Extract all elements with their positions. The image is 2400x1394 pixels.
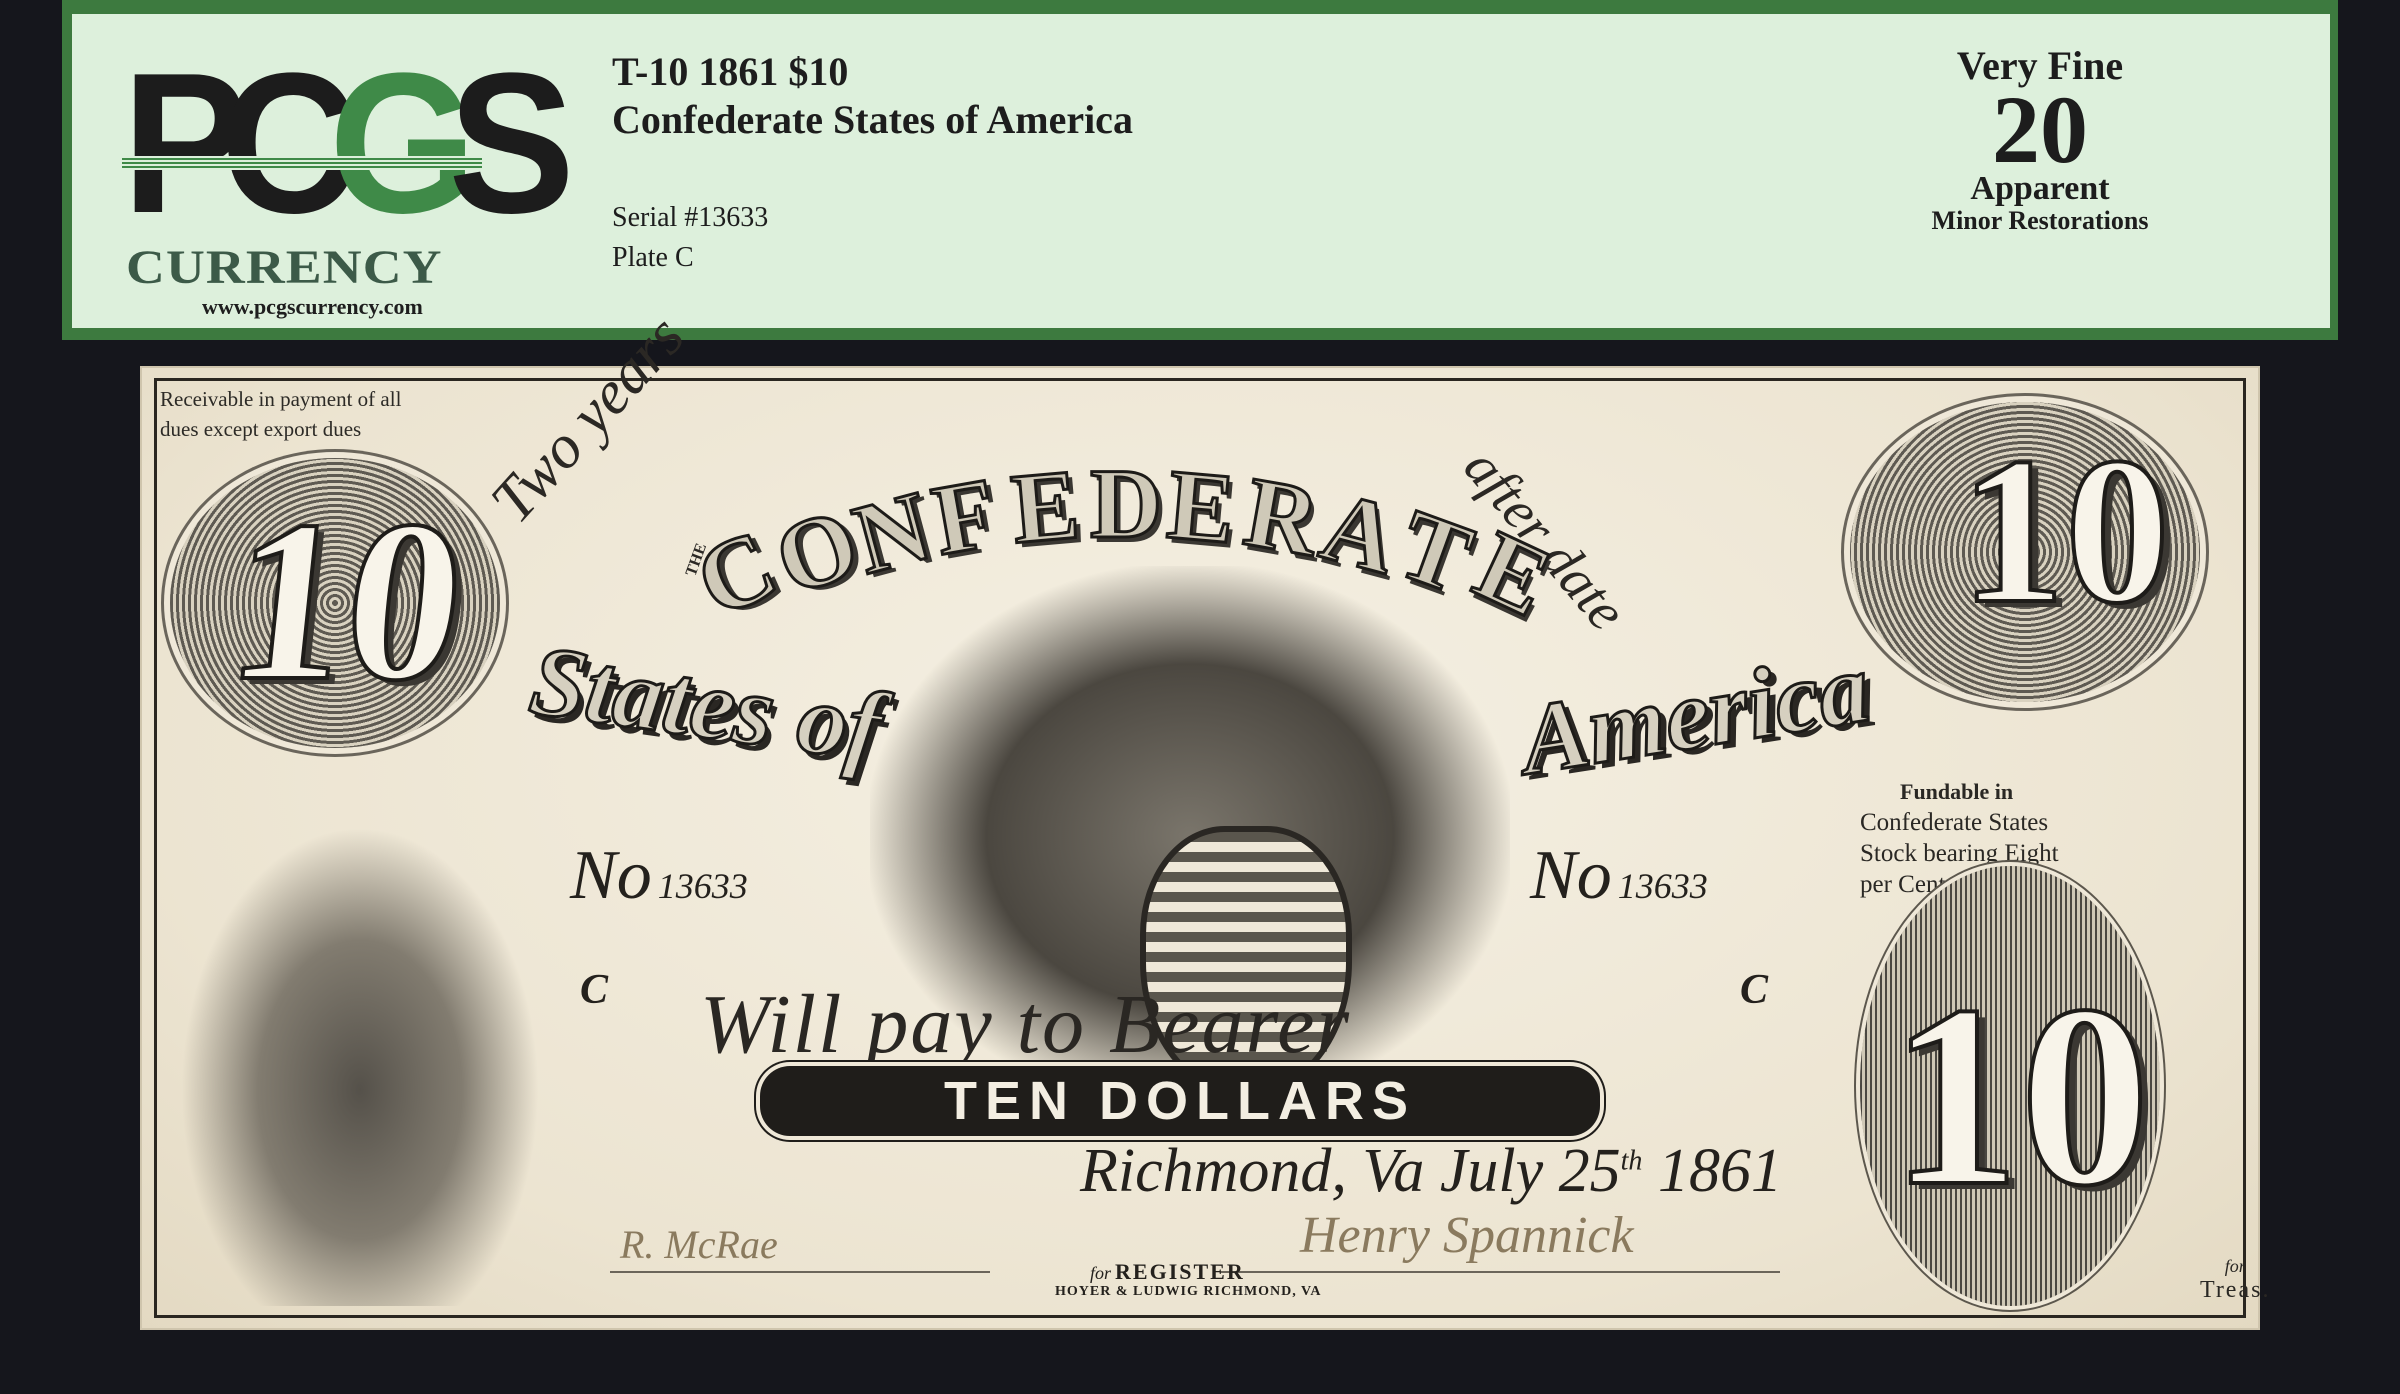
note-info: T-10 1861 $10 Confederate States of Amer… (612, 48, 1133, 278)
will-pay-to-bearer: Will pay to Bearer (700, 976, 1351, 1073)
grade-number: 20 (1890, 88, 2190, 172)
label-panel: PCGS CURRENCY www.pcgscurrency.com T-10 … (72, 14, 2330, 328)
title-letter: E (1007, 447, 1083, 567)
plate-label: Plate C (612, 238, 1133, 278)
logo-stripe-decoration (122, 156, 482, 170)
grade-qualifier: Apparent (1890, 172, 2190, 206)
signature-line-right (1220, 1271, 1780, 1273)
left-denomination: 10 (220, 486, 474, 716)
receivable-text: Receivable in payment of all dues except… (160, 384, 401, 444)
currency-wordmark: CURRENCY (126, 240, 443, 295)
serial-number-left: No13633 (570, 836, 748, 916)
for-treasurer-label: for Treas. (2200, 1256, 2270, 1304)
date-line: Richmond, Va July 25th 1861 (1080, 1136, 1782, 1207)
serial-prefix: No (1530, 837, 1612, 914)
pcgs-logo-word: PCGS (122, 44, 546, 244)
for-text: for (2200, 1256, 2270, 1277)
fundable-line-2: Confederate States (1860, 807, 2059, 838)
fundable-line-1: Fundable in (1900, 776, 2059, 807)
right-denomination: 10 (1960, 426, 2170, 636)
receivable-line-1: Receivable in payment of all (160, 384, 401, 414)
printer-imprint: HOYER & LUDWIG RICHMOND, VA (1055, 1284, 1321, 1300)
ten-dollars-banner: TEN DOLLARS (760, 1066, 1600, 1136)
signature-treasurer: Henry Spannick (1300, 1206, 1634, 1265)
grade-note: Minor Restorations (1890, 206, 2190, 236)
plate-letter-right: C (1740, 966, 1768, 1014)
plate-letter-left: C (580, 966, 608, 1014)
left-figure-vignette-image (180, 826, 540, 1306)
fundable-line-3: Stock bearing Eight (1860, 838, 2059, 869)
grade-block: Very Fine 20 Apparent Minor Restorations (1890, 44, 2190, 236)
serial-label: Serial #13633 (612, 198, 1133, 238)
receivable-line-2: dues except export dues (160, 414, 401, 444)
date-year: 1861 (1658, 1137, 1782, 1205)
title-letter: D (1090, 446, 1162, 561)
for-register-label: for REGISTER (1090, 1259, 1245, 1285)
serial-value: 13633 (658, 866, 748, 906)
issuer-name: Confederate States of America (612, 96, 1133, 144)
pcgs-holder-label: PCGS CURRENCY www.pcgscurrency.com T-10 … (62, 0, 2338, 340)
date-place: Richmond, Va July 25 (1080, 1137, 1621, 1205)
signature-register: R. McRae (620, 1221, 778, 1268)
treasurer-text: Treas. (2200, 1277, 2270, 1303)
website-url: www.pcgscurrency.com (202, 294, 423, 320)
banknote: Receivable in payment of all dues except… (140, 366, 2260, 1330)
register-text: REGISTER (1115, 1259, 1245, 1284)
title-letter: E (1163, 447, 1239, 567)
for-text: for (1090, 1263, 1111, 1283)
serial-value: 13633 (1618, 866, 1708, 906)
catalog-number: T-10 1861 $10 (612, 48, 1133, 96)
oval-denomination: 10 (1890, 966, 2150, 1226)
date-suffix: th (1621, 1145, 1643, 1176)
amount-text: TEN DOLLARS (944, 1070, 1416, 1132)
signature-line-left (610, 1271, 990, 1273)
serial-number-right: No13633 (1530, 836, 1708, 916)
serial-prefix: No (570, 837, 652, 914)
